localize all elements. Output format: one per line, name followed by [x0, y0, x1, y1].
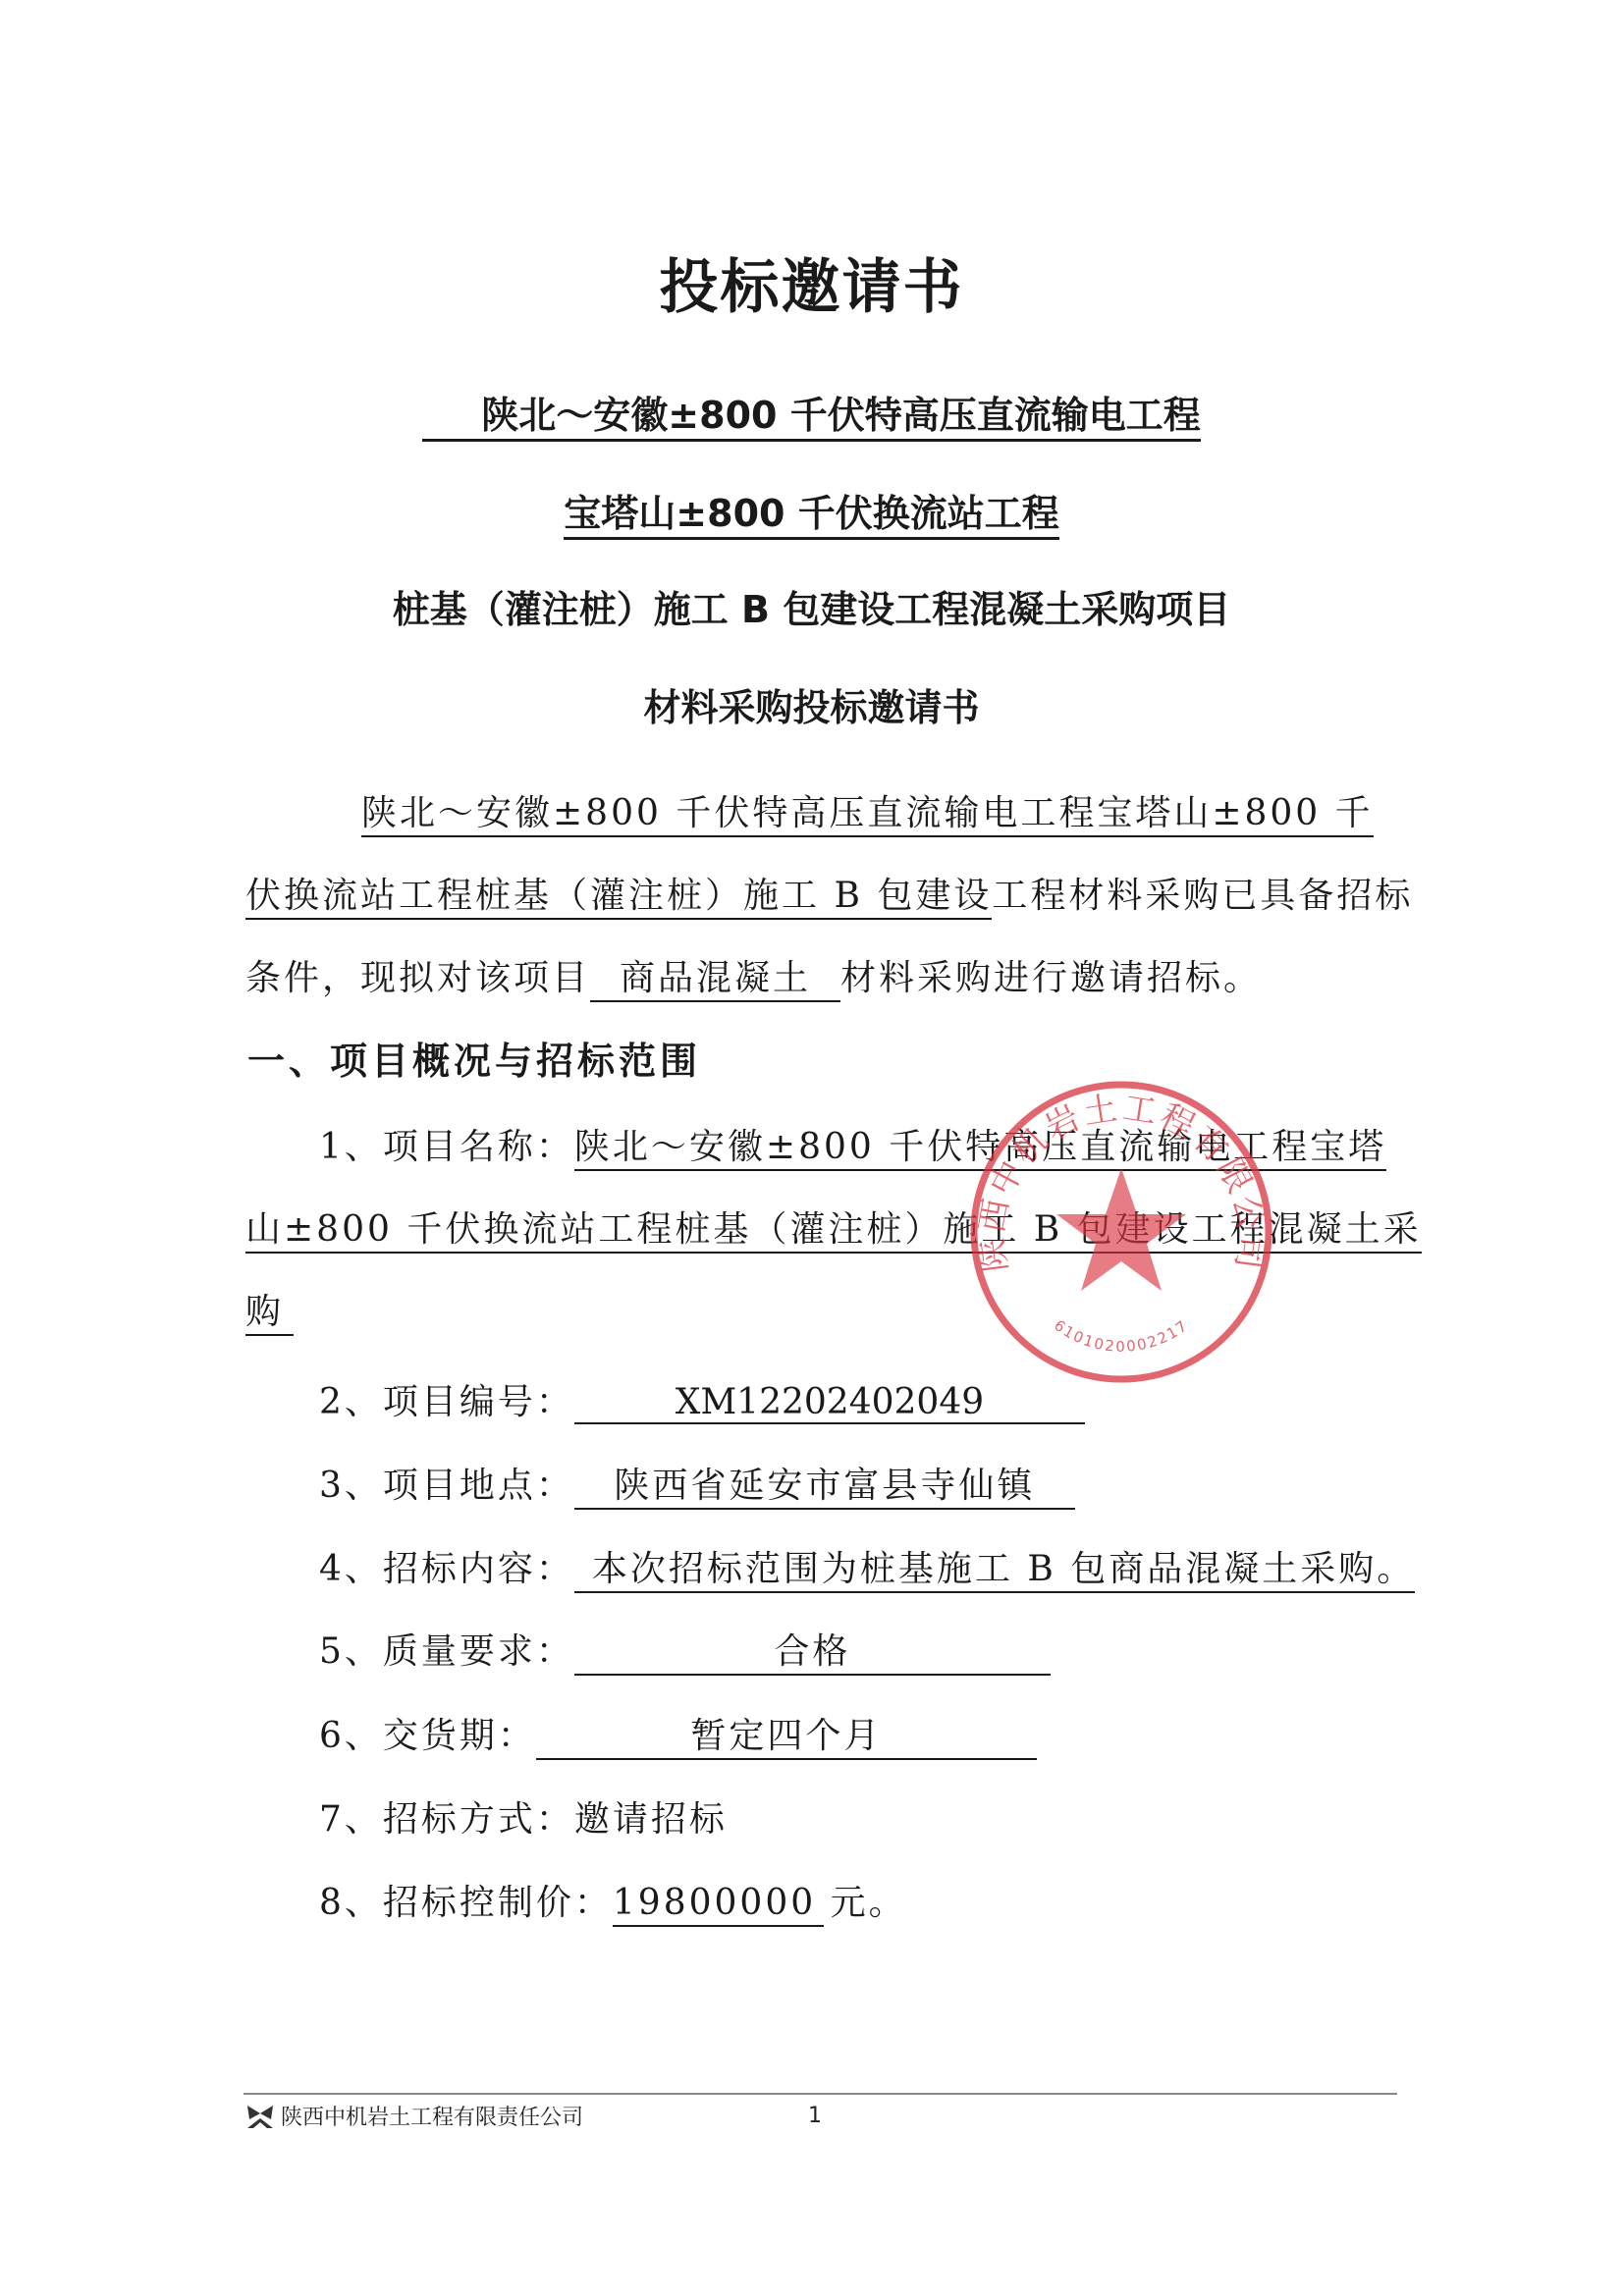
item-project-name-cont2: 购 — [245, 1284, 294, 1336]
intro-line-3: 条件，现拟对该项目商品混凝土材料采购进行邀请招标。 — [245, 950, 1262, 1002]
document-title: 投标邀请书 — [0, 240, 1623, 325]
company-logo-icon — [245, 2104, 275, 2129]
intro-line-2: 伏换流站工程桩基（灌注桩）施工 B 包建设工程材料采购已具备招标 — [245, 868, 1413, 920]
subtitle-line-4: 材料采购投标邀请书 — [0, 677, 1623, 731]
item-project-name-cont: 山±800 千伏换流站工程桩基（灌注桩）施工 B 包建设工程混凝土采 — [245, 1201, 1422, 1254]
item-control-price: 8、招标控制价：19800000 元。 — [319, 1875, 824, 1927]
seal-number: 6101020002217 — [1051, 1316, 1192, 1356]
footer-company: 陕西中机岩土工程有限责任公司 — [245, 2101, 583, 2131]
footer-divider — [243, 2093, 1397, 2095]
page-number: 1 — [808, 2104, 822, 2128]
item-project-number: 2、项目编号：XM12202402049 — [319, 1374, 1085, 1424]
item-delivery-period: 6、交货期：暂定四个月 — [319, 1708, 1037, 1760]
subtitle-line-3: 桩基（灌注桩）施工 B 包建设工程混凝土采购项目 — [0, 579, 1623, 633]
item-project-name: 1、项目名称：陕北～安徽±800 千伏特高压直流输电工程宝塔 — [319, 1119, 1386, 1171]
svg-text:6101020002217: 6101020002217 — [1051, 1316, 1192, 1356]
subtitle-line-2: 宝塔山±800 千伏换流站工程 — [0, 483, 1623, 537]
intro-line-1: 陕北～安徽±800 千伏特高压直流输电工程宝塔山±800 千 — [361, 785, 1374, 837]
item-bid-content: 4、招标内容：本次招标范围为桩基施工 B 包商品混凝土采购。 — [319, 1541, 1415, 1593]
subtitle-line-1: 陕北～安徽±800 千伏特高压直流输电工程 — [0, 385, 1623, 439]
item-quality-requirement: 5、质量要求：合格 — [319, 1624, 1051, 1676]
section-heading: 一、项目概况与招标范围 — [247, 1031, 701, 1085]
item-bid-method: 7、招标方式：邀请招标 — [319, 1791, 728, 1842]
item-project-location: 3、项目地点：陕西省延安市富县寺仙镇 — [319, 1458, 1075, 1510]
